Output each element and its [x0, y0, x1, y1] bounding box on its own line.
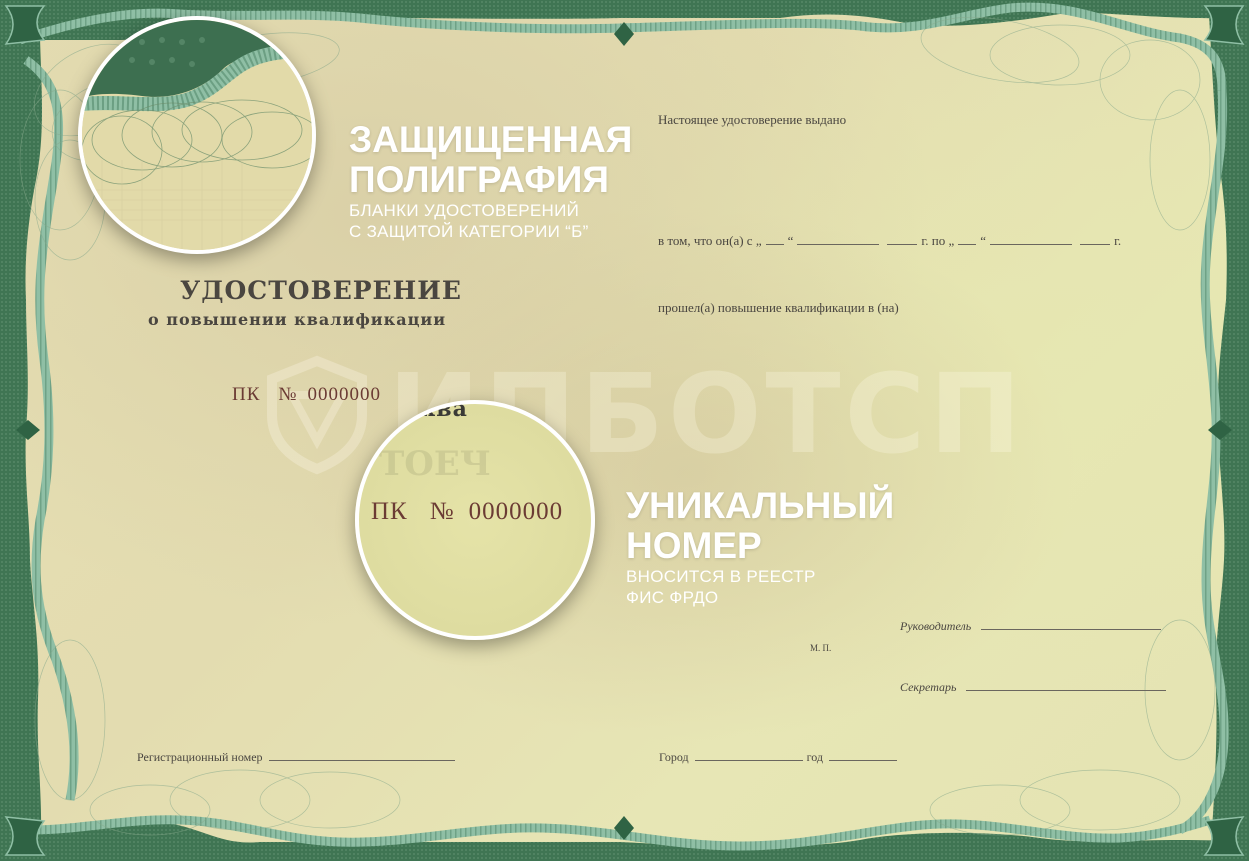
series-label: ПК: [232, 384, 260, 405]
callout-sub-line2: С ЗАЩИТОЙ КАТЕГОРИИ “Б”: [349, 221, 632, 242]
magnifier-unique-number: нии ква ТОЕЧ ПК№0000000: [355, 400, 595, 640]
issued-to-label: Настоящее удостоверение выдано: [658, 112, 846, 128]
seal-label: М. П.: [810, 643, 831, 653]
callout-unique-number: УНИКАЛЬНЫЙ НОМЕР ВНОСИТСЯ В РЕЕСТР ФИС Ф…: [626, 486, 894, 608]
head-signature-field[interactable]: [981, 628, 1161, 630]
callout-heading-line2: НОМЕР: [626, 526, 894, 566]
reg-number-row: Регистрационный номер: [137, 750, 459, 765]
year-from-field[interactable]: [887, 243, 917, 245]
secretary-signature-field[interactable]: [966, 689, 1166, 691]
completed-label: прошел(а) повышение квалификации в (на): [658, 300, 899, 316]
magnified-partial-text: нии ква: [359, 400, 468, 422]
day-from-field[interactable]: [766, 243, 784, 245]
shield-logo-icon: [262, 355, 372, 475]
city-year-row: Городгод: [659, 750, 901, 765]
callout-heading-line2: ПОЛИГРАФИЯ: [349, 160, 632, 200]
day-to-field[interactable]: [958, 243, 976, 245]
number-value: 0000000: [308, 384, 382, 405]
callout-sub-line1: ВНОСИТСЯ В РЕЕСТР: [626, 566, 894, 587]
callout-sub-line2: ФИС ФРДО: [626, 587, 894, 608]
month-from-field[interactable]: [797, 243, 879, 245]
certificate-subtitle: о повышении квалификации: [148, 310, 446, 329]
guilloche-zoom-icon: [82, 20, 312, 250]
year-field[interactable]: [829, 759, 897, 761]
period-line: в том, что он(а) с „“г. по „“г.: [658, 233, 1121, 249]
city-field[interactable]: [695, 759, 803, 761]
callout-security-print: ЗАЩИЩЕННАЯ ПОЛИГРАФИЯ БЛАНКИ УДОСТОВЕРЕН…: [349, 120, 632, 242]
month-to-field[interactable]: [990, 243, 1072, 245]
reg-number-field[interactable]: [269, 759, 455, 761]
secretary-signature: Секретарь: [900, 680, 1170, 695]
magnified-number: ПК№0000000: [371, 498, 563, 526]
magnifier-security-print: [78, 16, 316, 254]
number-sign: №: [278, 384, 297, 405]
callout-heading-line1: ЗАЩИЩЕННАЯ: [349, 120, 632, 160]
year-to-field[interactable]: [1080, 243, 1110, 245]
certificate-number: ПК№0000000: [232, 384, 381, 406]
callout-heading-line1: УНИКАЛЬНЫЙ: [626, 486, 894, 526]
certificate-title: УДОСТОВЕРЕНИЕ: [180, 276, 462, 305]
head-signature: Руководитель: [900, 619, 1165, 634]
callout-sub-line1: БЛАНКИ УДОСТОВЕРЕНИЙ: [349, 200, 632, 221]
